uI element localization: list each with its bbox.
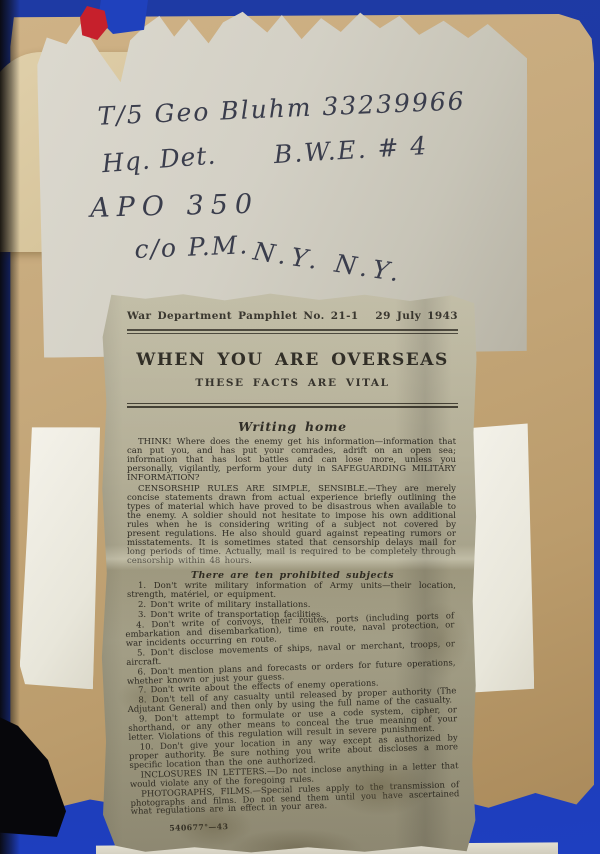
handwriting-unit: Hq. Det.	[101, 141, 217, 179]
pamphlet-date: 29 July 1943	[375, 310, 458, 322]
pamphlet-title: WHEN YOU ARE OVERSEAS	[127, 350, 458, 370]
section-heading: Writing home	[127, 419, 458, 434]
double-rule-top	[127, 329, 458, 334]
white-paper-left	[19, 425, 103, 690]
pamphlet-content: War Department Pamphlet No. 21-1 29 July…	[100, 292, 478, 834]
handwriting-name-serial: T/5 Geo Bluhm 33239966	[97, 86, 466, 130]
scrapbook-photo: T/5 Geo Bluhm 33239966 Hq. Det. B.W.E. #…	[0, 0, 600, 854]
prohibited-item: 1. Don't write military information of A…	[127, 582, 456, 600]
pamphlet-number: War Department Pamphlet No. 21-1	[127, 310, 359, 322]
handwriting-postmaster: c/o P.M.	[134, 230, 250, 264]
handwriting-bwe: B.W.E. # 4	[273, 131, 429, 169]
intro-paragraph: THINK! Where does the enemy get his info…	[127, 438, 456, 483]
handwriting-city: N.Y. N.Y.	[251, 236, 405, 287]
print-code: 540677°—43	[169, 815, 462, 833]
pamphlet: War Department Pamphlet No. 21-1 29 July…	[100, 292, 478, 854]
prohibited-item: 2. Don't write of military installations…	[127, 601, 456, 610]
double-rule-mid	[127, 403, 458, 408]
pamphlet-subtitle: THESE FACTS ARE VITAL	[127, 377, 458, 389]
warped-lower-text: 4. Don't write of convoys, their routes,…	[125, 612, 462, 834]
list-heading: There are ten prohibited subjects	[127, 570, 458, 581]
handwriting-apo: APO 350	[90, 189, 260, 224]
pamphlet-header: War Department Pamphlet No. 21-1 29 July…	[127, 310, 458, 322]
intro-paragraph: CENSORSHIP RULES ARE SIMPLE, SENSIBLE.—T…	[127, 485, 456, 566]
